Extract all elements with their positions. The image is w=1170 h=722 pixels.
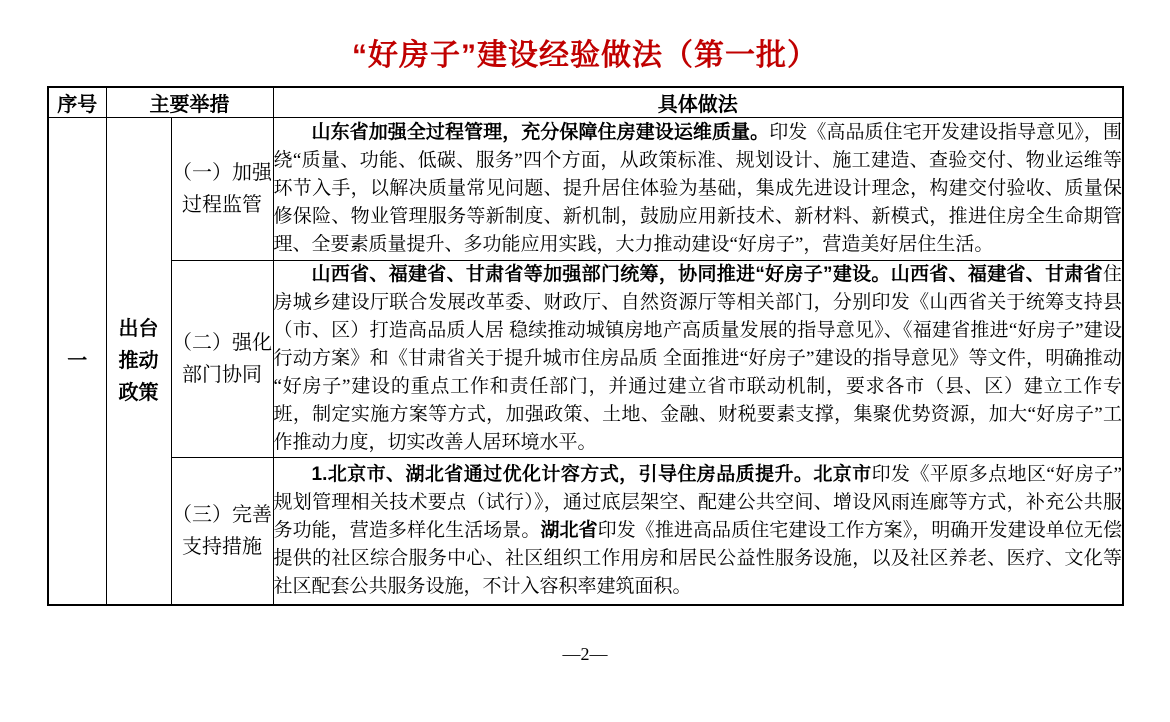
- text-segment: 山东省加强全过程管理，充分保障住房建设运维质量。: [312, 122, 770, 143]
- sub-measure-cell: （一）加强过程监管: [171, 118, 273, 261]
- text-segment: 山西省、福建省、甘肃省等加强部门统筹，协同推进“好房子”建设。山西省、福建省、甘…: [312, 264, 1103, 285]
- page-number: —2—: [0, 644, 1170, 665]
- group-measure-label: 出台推动政策: [111, 313, 167, 409]
- group-measure-cell: 出台推动政策: [106, 118, 171, 605]
- table-row: （二）强化部门协同 山西省、福建省、甘肃省等加强部门统筹，协同推进“好房子”建设…: [48, 261, 1123, 458]
- sub-measure-cell: （二）强化部门协同: [171, 261, 273, 458]
- document-page: “好房子”建设经验做法（第一批） 序号 主要举措 具体做法 一 出台推动政策 （…: [0, 0, 1170, 722]
- table-header-row: 序号 主要举措 具体做法: [48, 87, 1123, 118]
- text-segment: 1.北京市、湖北省通过优化计容方式，引导住房品质提升。北京市: [312, 464, 872, 485]
- text-segment: 住房城乡建设厅联合发展改革委、财政厅、自然资源厅等相关部门，分别印发《山西省关于…: [274, 264, 1123, 453]
- practice-cell: 1.北京市、湖北省通过优化计容方式，引导住房品质提升。北京市印发《平原多点地区“…: [273, 458, 1123, 605]
- header-serial: 序号: [48, 87, 106, 118]
- practices-table: 序号 主要举措 具体做法 一 出台推动政策 （一）加强过程监管 山东省加强全过程…: [47, 86, 1124, 606]
- table-row: （三）完善支持措施 1.北京市、湖北省通过优化计容方式，引导住房品质提升。北京市…: [48, 458, 1123, 605]
- header-practices: 具体做法: [273, 87, 1123, 118]
- practice-paragraph: 山西省、福建省、甘肃省等加强部门统筹，协同推进“好房子”建设。山西省、福建省、甘…: [274, 261, 1123, 457]
- page-title: “好房子”建设经验做法（第一批）: [0, 0, 1170, 74]
- table-row: 一 出台推动政策 （一）加强过程监管 山东省加强全过程管理，充分保障住房建设运维…: [48, 118, 1123, 261]
- header-measures: 主要举措: [106, 87, 273, 118]
- group-index-cell: 一: [48, 118, 106, 605]
- practice-paragraph: 山东省加强全过程管理，充分保障住房建设运维质量。印发《高品质住宅开发建设指导意见…: [274, 119, 1123, 259]
- practice-cell: 山西省、福建省、甘肃省等加强部门统筹，协同推进“好房子”建设。山西省、福建省、甘…: [273, 261, 1123, 458]
- sub-measure-cell: （三）完善支持措施: [171, 458, 273, 605]
- practice-cell: 山东省加强全过程管理，充分保障住房建设运维质量。印发《高品质住宅开发建设指导意见…: [273, 118, 1123, 261]
- practice-paragraph: 1.北京市、湖北省通过优化计容方式，引导住房品质提升。北京市印发《平原多点地区“…: [274, 461, 1123, 601]
- text-segment: 湖北省: [540, 520, 597, 541]
